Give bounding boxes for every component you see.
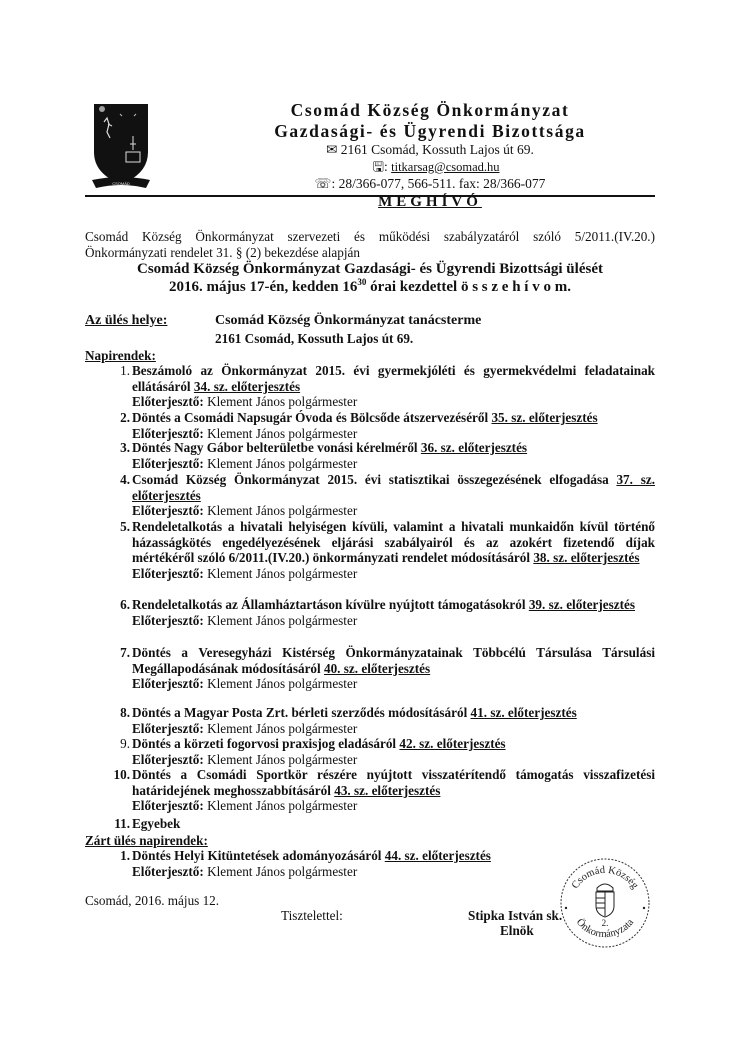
closed-session-title: Zárt ülés napirendek: (85, 833, 208, 849)
svg-text:Csomád Község: Csomád Község (570, 865, 641, 892)
item-number: 11. (100, 816, 130, 832)
item-number: 4. (100, 472, 130, 488)
presenter: Előterjesztő: Klement János polgármester (132, 721, 655, 737)
proposal-link[interactable]: 40. sz. előterjesztés (324, 661, 430, 676)
item-title: Beszámoló az Önkormányzat 2015. évi gyer… (132, 363, 655, 394)
telephone-icon: ☏ (315, 176, 332, 191)
item-number: 8. (100, 705, 130, 721)
presenter: Előterjesztő: Klement János polgármester (132, 394, 655, 410)
proposal-link[interactable]: 42. sz. előterjesztés (399, 736, 505, 751)
signer-name: Stipka István sk. (468, 908, 562, 924)
item-number: 7. (100, 645, 130, 661)
email-link[interactable]: titkarsag@csomad.hu (391, 160, 499, 174)
envelope-icon: ✉ (326, 142, 337, 157)
agenda-item: 3.Döntés Nagy Gábor belterületbe vonási … (100, 440, 655, 471)
official-stamp: Csomád Község Önkormányzata 2. (558, 856, 652, 950)
item-title: Rendeletalkotás az Államháztartáson kívü… (132, 597, 655, 613)
presenter: Előterjesztő: Klement János polgármester (132, 752, 655, 768)
proposal-link[interactable]: 34. sz. előterjesztés (194, 379, 300, 394)
convene-line-1: Csomád Község Önkormányzat Gazdasági- és… (85, 262, 655, 278)
proposal-link[interactable]: 36. sz. előterjesztés (421, 440, 527, 455)
header-phone: ☏: 28/366-077, 566-511. fax: 28/366-077 (200, 176, 660, 192)
item-title: Rendeletalkotás a hivatali helyiségen kí… (132, 519, 655, 566)
computer-icon: 🖫 (372, 159, 384, 174)
proposal-link[interactable]: 35. sz. előterjesztés (491, 410, 597, 425)
closing-regards: Tisztelettel: (281, 908, 343, 924)
proposal-link[interactable]: 44. sz. előterjesztés (385, 848, 491, 863)
place-date: Csomád, 2016. május 12. (85, 893, 219, 909)
agenda-item: 10.Döntés a Csomádi Sportkör részére nyú… (100, 767, 655, 814)
presenter: Előterjesztő: Klement János polgármester (132, 426, 655, 442)
item-number: 1. (100, 363, 130, 379)
header-address: ✉ 2161 Csomád, Kossuth Lajos út 69. (200, 142, 660, 158)
agenda-item: 9.Döntés a körzeti fogorvosi praxisjog e… (100, 736, 655, 767)
svg-text:CSOMÁD: CSOMÁD (112, 181, 130, 186)
presenter: Előterjesztő: Klement János polgármester (132, 676, 655, 692)
agenda-item: 11.Egyebek (100, 816, 655, 832)
presenter: Előterjesztő: Klement János polgármester (132, 456, 655, 472)
agenda-item: 8.Döntés a Magyar Posta Zrt. bérleti sze… (100, 705, 655, 736)
proposal-link[interactable]: 38. sz. előterjesztés (533, 550, 639, 565)
agenda-item: 2.Döntés a Csomádi Napsugár Óvoda és Böl… (100, 410, 655, 441)
item-number: 3. (100, 440, 130, 456)
legal-basis: Csomád Község Önkormányzat szervezeti és… (85, 229, 655, 260)
proposal-link[interactable]: 41. sz. előterjesztés (471, 705, 577, 720)
item-title: Csomád Község Önkormányzat 2015. évi sta… (132, 472, 655, 503)
item-number: 5. (100, 519, 130, 535)
item-number: 9. (100, 736, 130, 752)
item-title: Döntés a Csomádi Sportkör részére nyújto… (132, 767, 655, 798)
agenda-item: 6.Rendeletalkotás az Államháztartáson kí… (100, 597, 655, 628)
convene-line-2: 2016. május 17-én, kedden 1630 órai kezd… (85, 280, 655, 296)
proposal-link[interactable]: 39. sz. előterjesztés (529, 597, 635, 612)
item-title: Egyebek (132, 816, 655, 832)
proposal-link[interactable]: 43. sz. előterjesztés (334, 783, 440, 798)
item-number: 2. (100, 410, 130, 426)
location-label: Az ülés helye: (85, 313, 167, 329)
agenda-item: 7.Döntés a Veresegyházi Kistérség Önkorm… (100, 645, 655, 692)
agenda-item: 5.Rendeletalkotás a hivatali helyiségen … (100, 519, 655, 581)
presenter: Előterjesztő: Klement János polgármester (132, 503, 655, 519)
organization-name: Csomád Község Önkormányzat (200, 100, 660, 120)
location-address: 2161 Csomád, Kossuth Lajos út 69. (215, 331, 413, 347)
presenter: Előterjesztő: Klement János polgármester (132, 613, 655, 629)
item-number: 10. (100, 767, 130, 783)
agenda-item: 1.Beszámoló az Önkormányzat 2015. évi gy… (100, 363, 655, 410)
item-number: 6. (100, 597, 130, 613)
item-title: Döntés a körzeti fogorvosi praxisjog ela… (132, 736, 655, 752)
header-email: 🖫: titkarsag@csomad.hu (200, 159, 666, 175)
svg-text:2.: 2. (602, 918, 609, 928)
presenter: Előterjesztő: Klement János polgármester (132, 798, 655, 814)
municipal-crest: CSOMÁD (90, 100, 152, 192)
agenda-title: Napirendek: (85, 348, 156, 364)
committee-name: Gazdasági- és Ügyrendi Bizottsága (200, 121, 660, 141)
item-title: Döntés a Magyar Posta Zrt. bérleti szerz… (132, 705, 655, 721)
document-title: MEGHÍVÓ (200, 195, 660, 211)
item-title: Döntés a Csomádi Napsugár Óvoda és Bölcs… (132, 410, 655, 426)
hungarian-coat-of-arms-icon (596, 884, 614, 917)
agenda-item: 4.Csomád Község Önkormányzat 2015. évi s… (100, 472, 655, 519)
signer-title: Elnök (500, 923, 534, 939)
item-title: Döntés Nagy Gábor belterületbe vonási ké… (132, 440, 655, 456)
location-name: Csomád Község Önkormányzat tanácsterme (215, 313, 481, 329)
presenter: Előterjesztő: Klement János polgármester (132, 566, 655, 582)
item-number: 1. (100, 848, 130, 864)
item-title: Döntés a Veresegyházi Kistérség Önkormán… (132, 645, 655, 676)
